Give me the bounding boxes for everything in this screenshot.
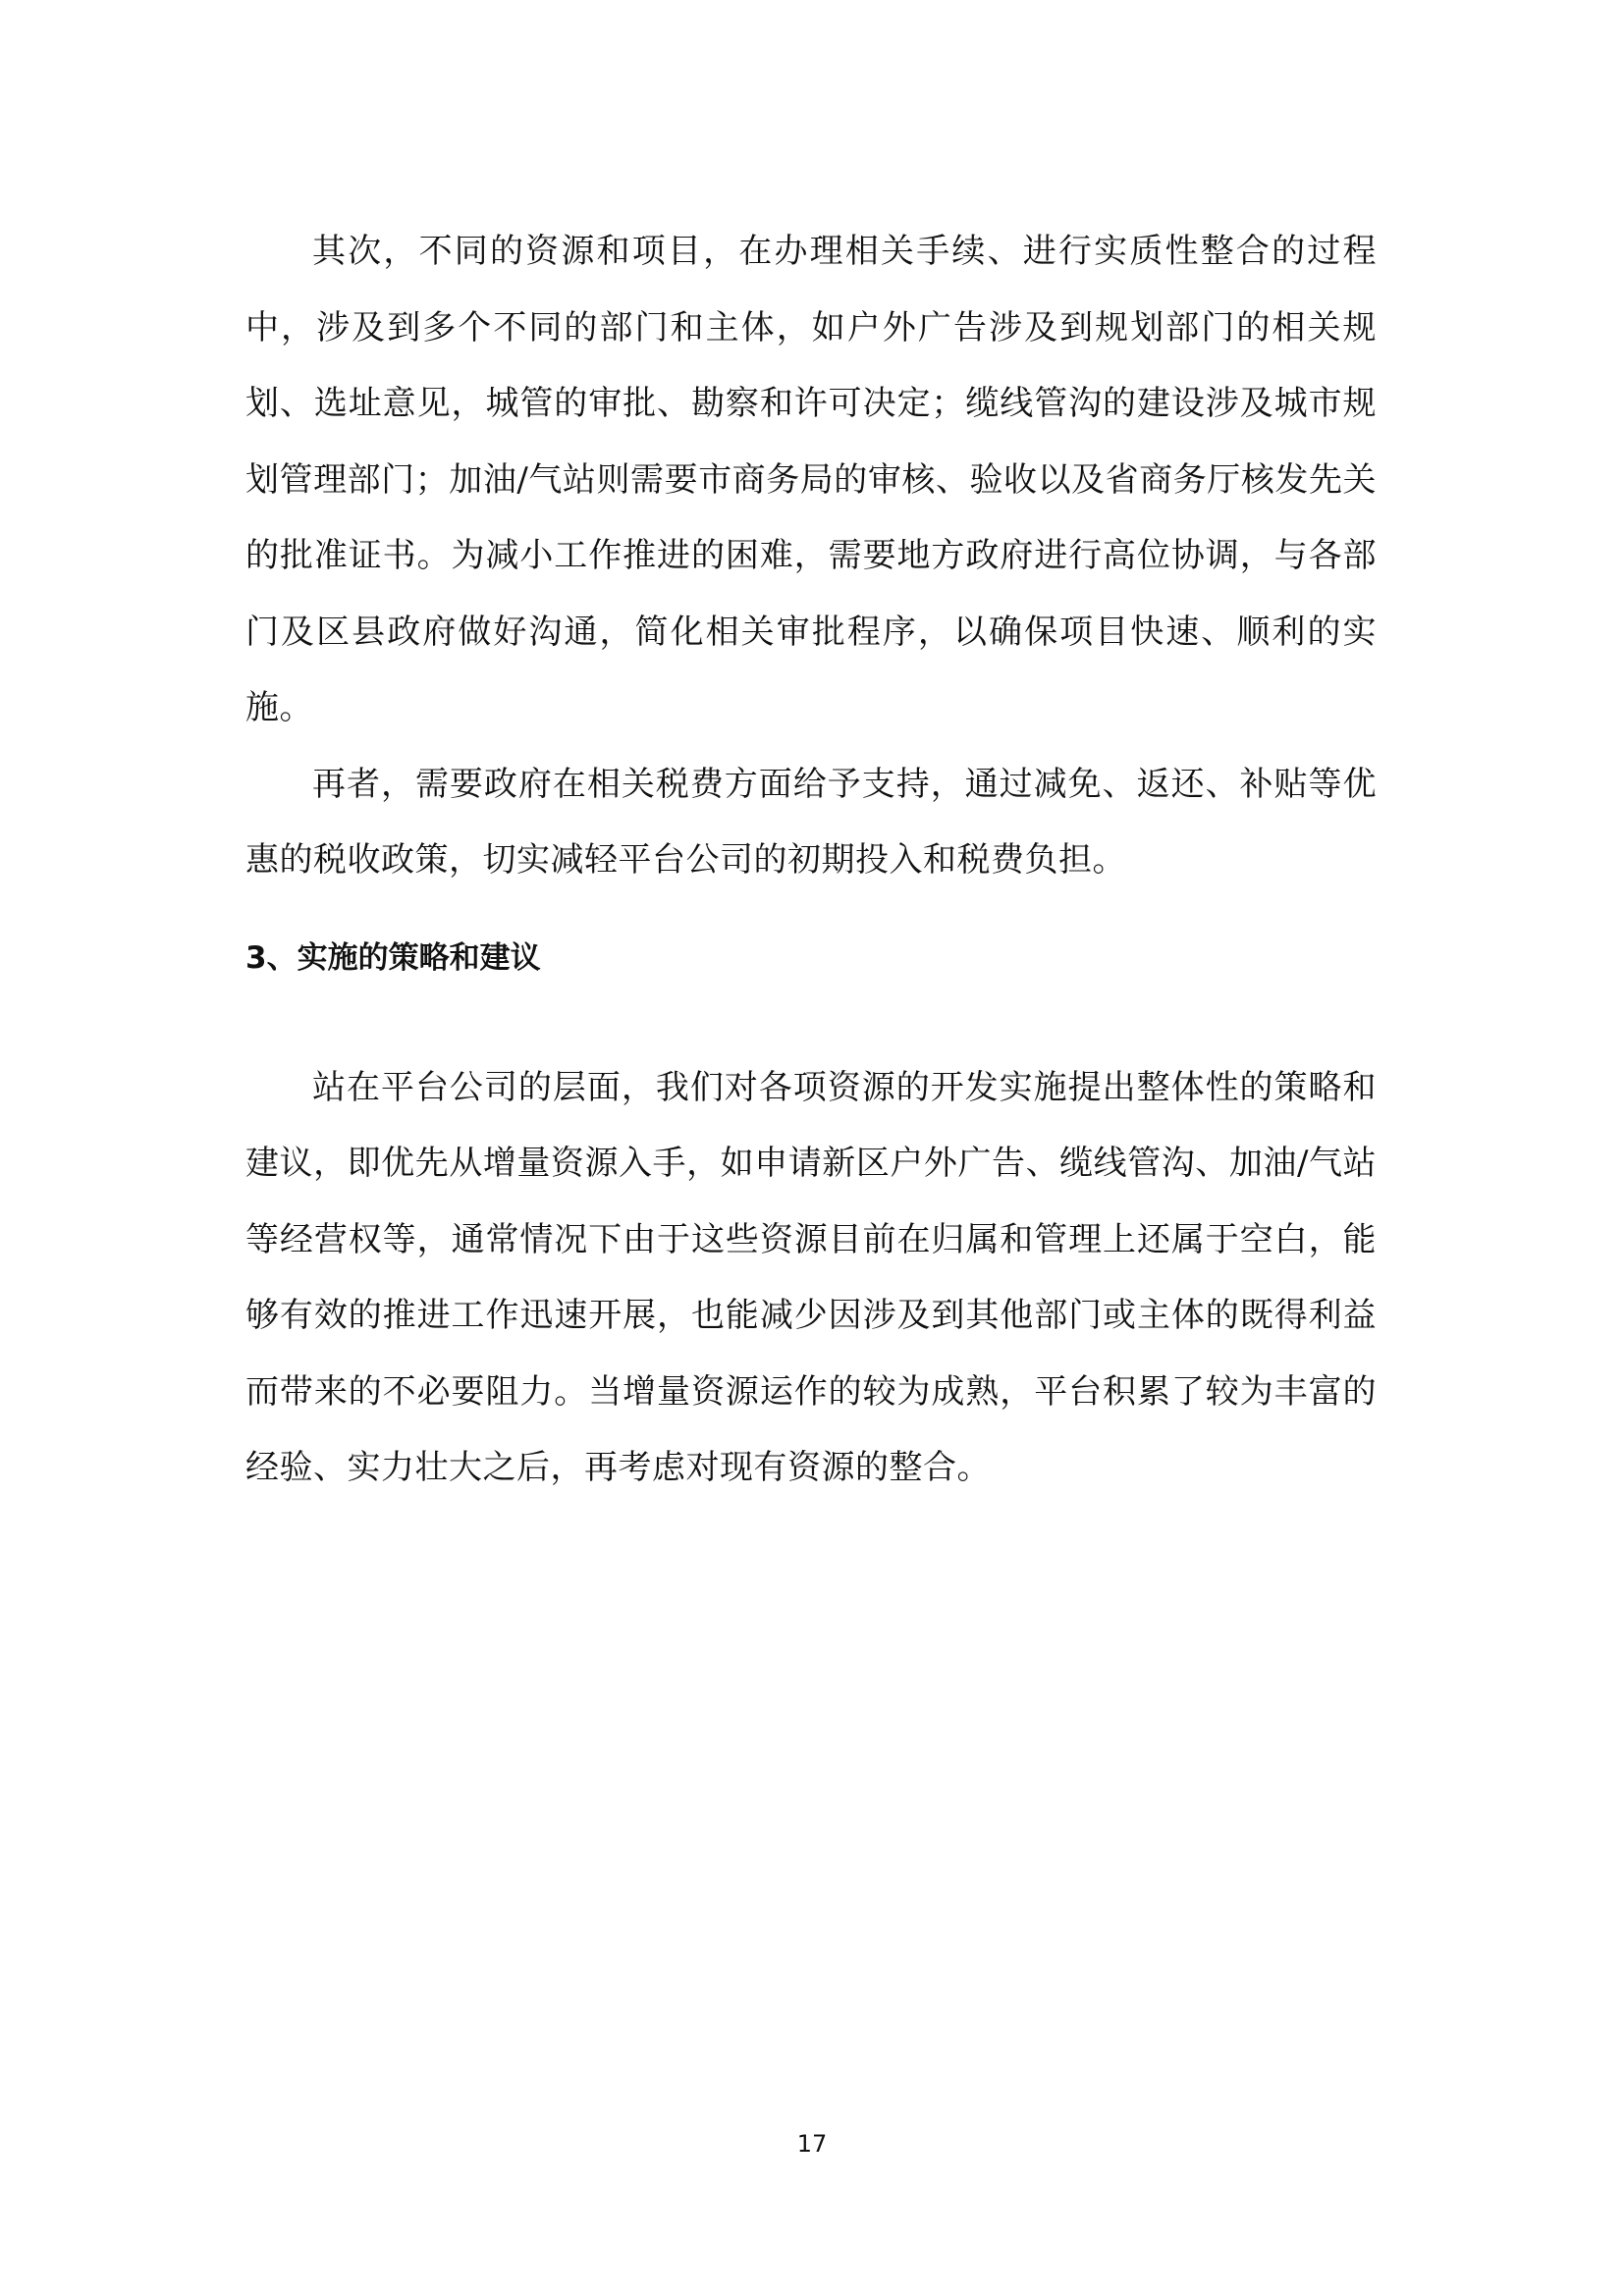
paragraph-tax-support: 再者，需要政府在相关税费方面给予支持，通过减免、返还、补贴等优惠的税收政策，切实… <box>245 747 1377 899</box>
paragraph-approval-coordination: 其次，不同的资源和项目，在办理相关手续、进行实质性整合的过程中，涉及到多个不同的… <box>245 214 1377 747</box>
document-page: 其次，不同的资源和项目，在办理相关手续、进行实质性整合的过程中，涉及到多个不同的… <box>245 214 1377 1507</box>
section-heading: 3、实施的策略和建议 <box>245 938 1377 978</box>
paragraph-strategy-recommendation: 站在平台公司的层面，我们对各项资源的开发实施提出整体性的策略和建议，即优先从增量… <box>245 1050 1377 1507</box>
page-number: 17 <box>0 2130 1624 2158</box>
